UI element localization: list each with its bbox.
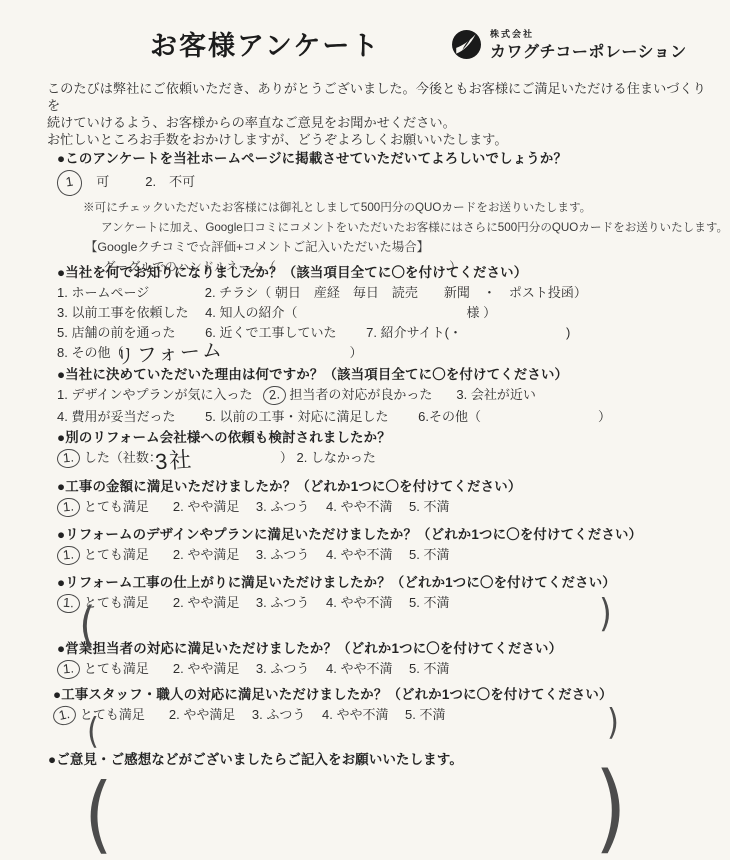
question-how-did-you-hear: ●当社を何でお知りになりましたか？（該当項目全てに〇を付けてください） 1. ホ… (57, 262, 707, 361)
comment-bracket-open-final: ( (84, 772, 112, 856)
intro-line-1: このたびは弊社にご依頼いただき、ありがとうございました。今後ともお客様にご満足い… (47, 80, 707, 114)
company-name: カワグチコーポレーション (490, 39, 687, 62)
q6-heading: ●リフォームのデザインやプランに満足いただけましたか？（どれか1つに〇を付けてく… (57, 524, 707, 543)
question-workers-satisfaction: ●工事スタッフ・職人の対応に満足いただけましたか？（どれか1つに〇を付けてくださ… (53, 684, 703, 725)
q2-other-close: ） (349, 345, 362, 360)
q6-rating-rest: 2. やや満足 3. ふつう 4. やや不満 5. 不満 (173, 547, 450, 562)
q9-rating-rest: 2. やや満足 3. ふつう 4. やや不満 5. 不満 (169, 707, 446, 722)
q7-heading: ●リフォーム工事の仕上がりに満足いただけましたか？（どれか1つに〇を付けてくださ… (57, 572, 707, 591)
intro-line-2: 続けていけるよう、お客様からの率直なご意見をお聞かせください。 (47, 114, 707, 131)
comment-bracket-open-q7: ( (79, 601, 95, 649)
q2-line-3: 5. 店舗の前を通った 6. 近くで工事していた 7. 紹介サイト(・ ) (57, 324, 707, 341)
handwritten-circle-q3: 2. (262, 385, 287, 406)
comment-bracket-open-q9: ( (87, 714, 99, 750)
q4-option-1-label: した（社数： (84, 450, 162, 465)
q1-note-2: アンケートに加え、Google口コミにコメントをいただいたお客様にはさらに500… (101, 219, 707, 236)
survey-page: お客様アンケート 株式会社 カワグチコーポレーション このたびは弊社にご依頼いた… (0, 0, 730, 860)
q7-rating-rest: 2. やや満足 3. ふつう 4. やや不満 5. 不満 (173, 595, 450, 610)
q9-heading: ●工事スタッフ・職人の対応に満足いただけましたか？（どれか1つに〇を付けてくださ… (53, 684, 703, 703)
q3-line-2: 4. 費用が妥当だった 5. 以前の工事・対応に満足した 6.その他（ ） (57, 408, 707, 425)
q3-option-3: 3. 会社が近い (456, 387, 535, 402)
question-reason-for-choosing: ●当社に決めていただいた理由は何ですか？（該当項目全てに〇を付けてください） 1… (57, 364, 707, 425)
intro-paragraph: このたびは弊社にご依頼いただき、ありがとうございました。今後ともお客様にご満足い… (47, 80, 707, 148)
q1-option-1-number: 1 (65, 174, 74, 190)
q5-rating-1-number: 1. (62, 498, 74, 514)
q4-option-1-number: 1. (62, 449, 74, 465)
q1-note-1: ※可にチェックいただいたお客様には御礼としまして500円分のQUOカードをお送り… (83, 199, 707, 216)
comment-bracket-close-final: ) (595, 760, 627, 856)
handwritten-circle-q8: 1. (56, 659, 81, 680)
q5-rating-rest: 2. やや満足 3. ふつう 4. やや不満 5. 不満 (173, 499, 450, 514)
q3-option-2-label: 担当者の対応が良かった (289, 387, 432, 402)
page-title: お客様アンケート (150, 24, 380, 63)
q7-rating-1-number: 1. (63, 595, 75, 611)
handwritten-circle-q1: 1 (55, 168, 84, 198)
q2-line-2: 3. 以前工事を依頼した 4. 知人の紹介（ 様 ） (57, 304, 707, 321)
question-sales-staff-satisfaction: ●営業担当者の対応に満足いただけましたか？（どれか1つに〇を付けてください） 1… (57, 638, 707, 679)
q8-rating-1-label: とても満足 (84, 661, 149, 676)
handwritten-circle-q4: 1. (56, 448, 81, 469)
intro-line-3: お忙しいところお手数をおかけしますが、どうぞよろしくお願いいたします。 (47, 131, 707, 148)
q1-heading: ●このアンケートを当社ホームページに掲載させていただいてよろしいでしょうか？ (57, 148, 707, 167)
question-publish-permission: ●このアンケートを当社ホームページに掲載させていただいてよろしいでしょうか？ 1… (57, 148, 707, 276)
handwritten-company-count: 3社 (154, 451, 193, 471)
handwritten-circle-q7: 1. (56, 593, 80, 614)
q5-heading: ●工事の金額に満足いただけましたか？（どれか1つに〇を付けてください） (57, 476, 707, 495)
q2-heading: ●当社を何でお知りになりましたか？（該当項目全てに〇を付けてください） (57, 262, 707, 281)
q4-option-close: ） 2. しなかった (280, 450, 376, 465)
q3-heading: ●当社に決めていただいた理由は何ですか？（該当項目全てに〇を付けてください） (57, 364, 707, 383)
q6-rating-1-label: とても満足 (84, 547, 149, 562)
q8-rating-rest: 2. やや満足 3. ふつう 4. やや不満 5. 不満 (173, 661, 450, 676)
swoosh-circle-icon (452, 30, 481, 59)
handwritten-circle-q5: 1. (56, 497, 81, 518)
q8-heading: ●営業担当者の対応に満足いただけましたか？（どれか1つに〇を付けてください） (57, 638, 707, 657)
company-logo: 株式会社 カワグチコーポレーション (452, 28, 712, 62)
question-price-satisfaction: ●工事の金額に満足いただけましたか？（どれか1つに〇を付けてください） 1.とて… (57, 476, 707, 517)
q2-line-1: 1. ホームページ 2. チラシ（ 朝日 産経 毎日 読売 新聞 ・ ポスト投函… (57, 284, 707, 301)
q5-rating-1-label: とても満足 (84, 499, 149, 514)
handwritten-circle-q6: 1. (56, 545, 81, 566)
q3-option-2-number: 2. (268, 386, 280, 402)
q4-heading: ●別のリフォーム会社様への依頼も検討されましたか？ (57, 427, 707, 446)
question-design-satisfaction: ●リフォームのデザインやプランに満足いただけましたか？（どれか1つに〇を付けてく… (57, 524, 707, 565)
q6-rating-1-number: 1. (62, 546, 74, 562)
question-considered-other-companies: ●別のリフォーム会社様への依頼も検討されましたか？ 1.した（社数：） 2. し… (57, 427, 707, 468)
comment-bracket-close-q7: ) (599, 594, 612, 632)
q8-rating-1-number: 1. (62, 660, 74, 676)
q3-option-1: 1. デザインやプランが気に入った (57, 387, 253, 402)
handwritten-circle-q9: 1. (51, 704, 77, 727)
q1-option-1-label: 可 (96, 174, 109, 189)
q1-google-case: 【Googleクチコミで☆評価+コメントご記入いただいた場合】 (85, 239, 707, 256)
q1-option-2: 2. 不可 (145, 174, 195, 189)
comment-bracket-close-q9: ) (607, 705, 619, 741)
q9-rating-1-number: 1. (57, 706, 71, 723)
